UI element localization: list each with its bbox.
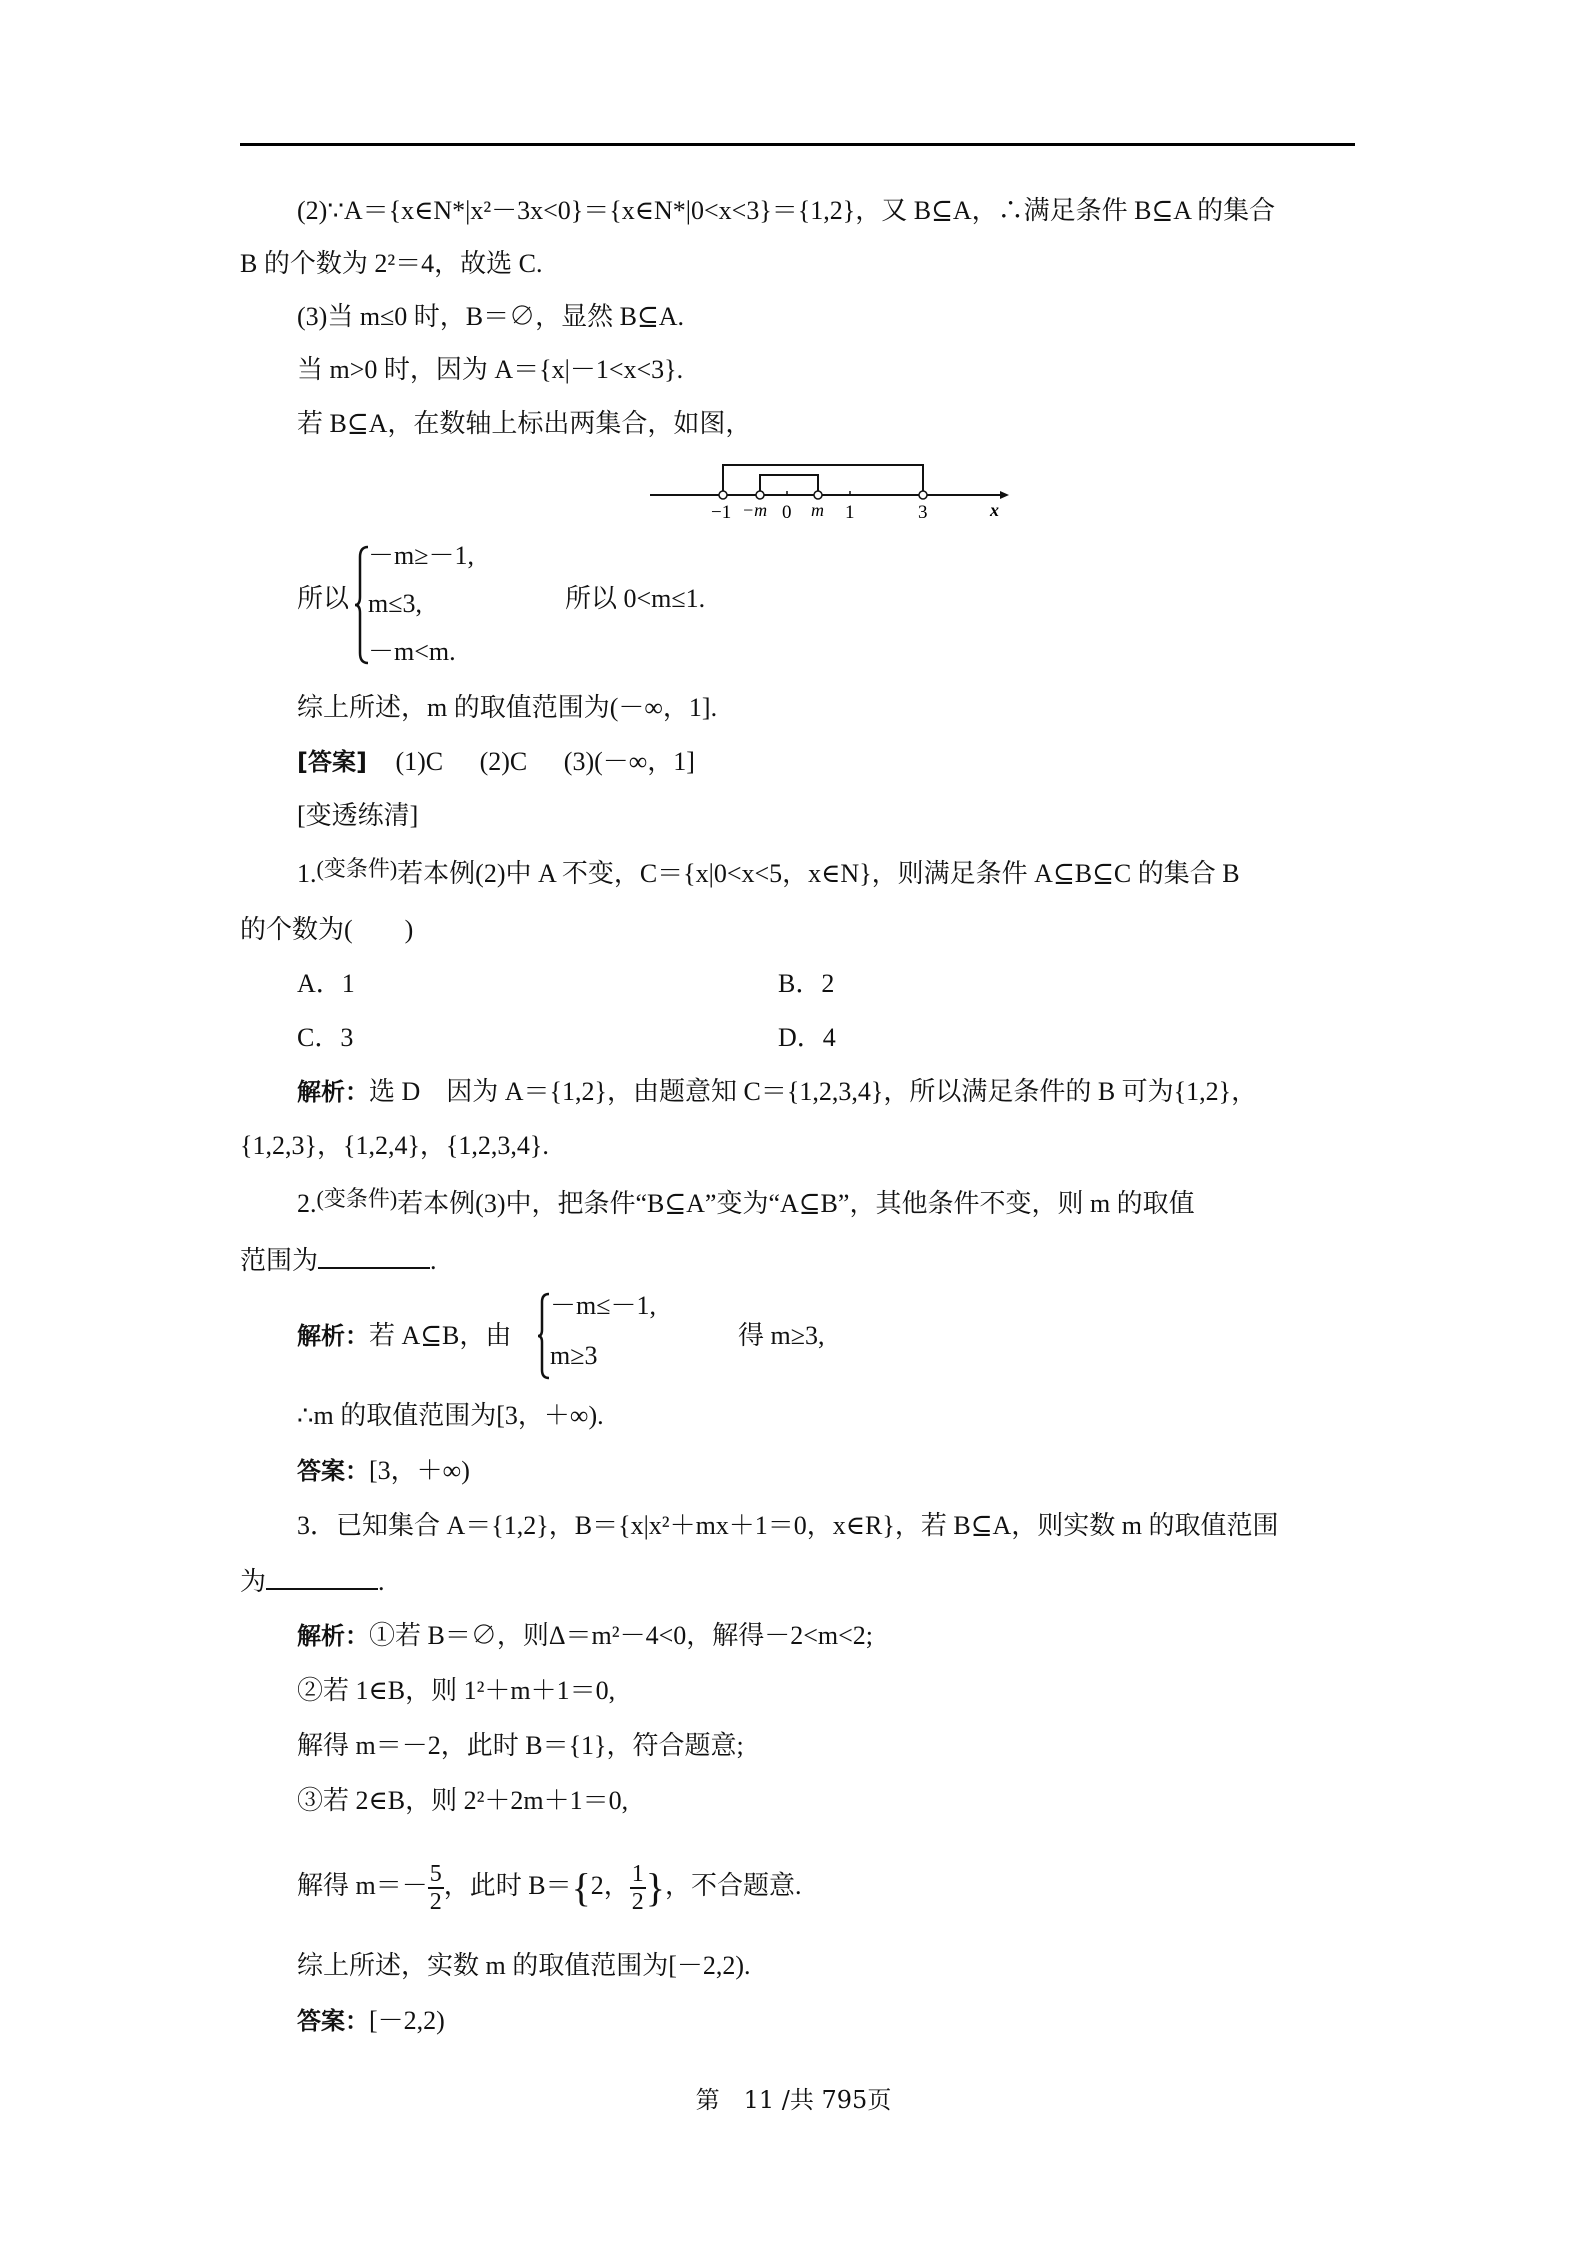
- label-neg-m: −m: [742, 500, 767, 520]
- set-close-brace: }: [646, 1865, 665, 1910]
- q1-option-c: C．3: [297, 1022, 353, 1054]
- q1-text: 若本例(2)中 A 不变，C＝{x|0<x<5，x∈N}，则满足条件 A⊆B⊆C…: [397, 859, 1239, 888]
- q2-conclusion: ∴m 的取值范围为[3，＋∞).: [297, 1400, 604, 1432]
- set-open-brace: {: [572, 1865, 591, 1910]
- q2-stem: 2.(变条件)若本例(3)中，把条件“B⊆A”变为“A⊆B”，其他条件不变，则 …: [297, 1188, 1195, 1221]
- header-rule: [240, 143, 1355, 146]
- q2-system-result: 得 m≥3,: [738, 1320, 825, 1352]
- q2-answer-label: 答案：: [297, 1457, 369, 1485]
- q1-analysis-text: 选 D 因为 A＝{1,2}，由题意知 C＝{1,2,3,4}，所以满足条件的 …: [369, 1077, 1257, 1106]
- q3-step-3b-mid: ，此时 B＝: [444, 1871, 572, 1900]
- fraction-one-half: 12: [630, 1861, 646, 1915]
- q2-inequality-1: －m≤－1,: [550, 1290, 656, 1340]
- q2-stem-2: 范围为.: [240, 1243, 437, 1277]
- answer-label: [答案]: [297, 748, 367, 776]
- page-footer: 第 11 /共 795页: [0, 2080, 1587, 2115]
- q1-stem: 1.(变条件)若本例(2)中 A 不变，C＝{x|0<x<5，x∈N}，则满足条…: [297, 858, 1240, 891]
- q2-inequality-2: m≥3: [550, 1340, 656, 1388]
- label-one: 1: [845, 502, 855, 523]
- inequality-1: －m≥－1,: [368, 540, 474, 588]
- q2-analysis-label: 解析：: [297, 1322, 369, 1350]
- inequality-2: m≤3,: [368, 588, 474, 636]
- q2-answer: 答案：[3，＋∞): [297, 1455, 470, 1487]
- label-zero: 0: [782, 502, 792, 523]
- label-neg-one: −1: [711, 502, 731, 523]
- number-line-figure: −1 −m 0 m 1 3 x: [645, 455, 1015, 525]
- q2-number: 2.: [297, 1189, 317, 1218]
- solution-3-conclusion: 综上所述，m 的取值范围为(－∞，1].: [297, 692, 717, 724]
- q1-option-a: A．1: [297, 968, 355, 1000]
- q2-answer-value: [3，＋∞): [369, 1456, 470, 1485]
- q3-step-1: ①若 B＝∅，则Δ＝m²－4<0，解得－2<m<2;: [369, 1621, 873, 1650]
- q3-step-3b: 解得 m＝－52，此时 B＝{2，12}，不合题意.: [297, 1856, 802, 1918]
- answer-item-1: (1)C: [395, 747, 443, 776]
- q2-analysis-prefix: 若 A⊆B，由: [369, 1321, 511, 1350]
- q2-stem-2-text: 范围为: [240, 1246, 318, 1275]
- solution-3-line-1: (3)当 m≤0 时，B＝∅，显然 B⊆A.: [297, 301, 684, 333]
- answer-item-3: (3)(－∞，1]: [564, 747, 695, 776]
- frac-den: 2: [630, 1889, 646, 1915]
- frac-num: 5: [428, 1861, 444, 1889]
- q3-answer-label: 答案：: [297, 2007, 369, 2035]
- q1-analysis: 解析：选 D 因为 A＝{1,2}，由题意知 C＝{1,2,3,4}，所以满足条…: [297, 1076, 1257, 1108]
- q3-set-element-2: 2，: [591, 1871, 630, 1900]
- q3-analysis: 解析：①若 B＝∅，则Δ＝m²－4<0，解得－2<m<2;: [297, 1620, 873, 1652]
- q3-number: 3．: [297, 1511, 336, 1540]
- q3-step-3: ③若 2∈B，则 2²＋2m＋1＝0,: [297, 1785, 628, 1817]
- q3-step-2b: 解得 m＝－2，此时 B＝{1}，符合题意;: [297, 1730, 744, 1762]
- inequality-3: －m<m.: [368, 636, 474, 684]
- q2-text: 若本例(3)中，把条件“B⊆A”变为“A⊆B”，其他条件不变，则 m 的取值: [397, 1189, 1195, 1218]
- label-m: m: [811, 500, 824, 520]
- fraction-five-halves: 52: [428, 1861, 444, 1915]
- q2-answer-blank: [318, 1243, 430, 1269]
- q1-analysis-2: {1,2,3}，{1,2,4}，{1,2,3,4}.: [240, 1130, 549, 1162]
- q3-step-2: ②若 1∈B，则 1²＋m＋1＝0,: [297, 1675, 615, 1707]
- q2-inequality-system: －m≤－1, m≥3: [550, 1290, 656, 1388]
- answer-block: [答案] (1)C (2)C (3)(－∞，1]: [297, 746, 695, 778]
- frac-num: 1: [630, 1861, 646, 1889]
- q3-analysis-label: 解析：: [297, 1622, 369, 1650]
- inequality-system: －m≥－1, m≤3, －m<m.: [368, 540, 474, 684]
- q3-answer-value: [－2,2): [369, 2006, 445, 2035]
- solution-3-line-2: 当 m>0 时，因为 A＝{x|－1<x<3}.: [297, 354, 683, 386]
- solution-2-line-2: B 的个数为 2²＝4，故选 C.: [240, 248, 542, 280]
- label-x: x: [989, 500, 999, 520]
- q1-option-b: B．2: [778, 968, 834, 1000]
- q3-stem-2-text: 为: [240, 1567, 266, 1596]
- answer-item-2: (2)C: [480, 747, 528, 776]
- q3-answer: 答案：[－2,2): [297, 2005, 445, 2037]
- system-result: 所以 0<m≤1.: [565, 583, 705, 615]
- practice-heading: [变透练清]: [297, 800, 418, 832]
- q3-answer-blank: [266, 1564, 378, 1590]
- q3-step-3b-suffix: ，不合题意.: [665, 1871, 802, 1900]
- q3-conclusion: 综上所述，实数 m 的取值范围为[－2,2).: [297, 1950, 751, 1982]
- q1-number: 1.: [297, 859, 317, 888]
- q1-option-d: D．4: [778, 1022, 836, 1054]
- q2-tag: (变条件): [317, 1186, 398, 1211]
- q1-stem-2: 的个数为( ): [240, 914, 413, 946]
- q1-tag: (变条件): [317, 856, 398, 881]
- label-three: 3: [918, 502, 928, 523]
- solution-3-line-3: 若 B⊆A，在数轴上标出两集合，如图，: [297, 408, 751, 440]
- q3-text: 已知集合 A＝{1,2}，B＝{x|x²＋mx＋1＝0，x∈R}，若 B⊆A，则…: [336, 1511, 1278, 1540]
- q3-step-3b-prefix: 解得 m＝－: [297, 1871, 428, 1900]
- q3-stem: 3．已知集合 A＝{1,2}，B＝{x|x²＋mx＋1＝0，x∈R}，若 B⊆A…: [297, 1510, 1279, 1542]
- system-prefix: 所以: [297, 583, 349, 615]
- q1-analysis-label: 解析：: [297, 1078, 369, 1106]
- frac-den: 2: [428, 1889, 444, 1915]
- left-brace-icon: [537, 1292, 551, 1380]
- q3-stem-2: 为.: [240, 1564, 385, 1598]
- solution-2-line-1: (2)∵A＝{x∈N*|x²－3x<0}＝{x∈N*|0<x<3}＝{1,2}，…: [297, 195, 1275, 227]
- q2-analysis: 解析：若 A⊆B，由: [297, 1320, 511, 1352]
